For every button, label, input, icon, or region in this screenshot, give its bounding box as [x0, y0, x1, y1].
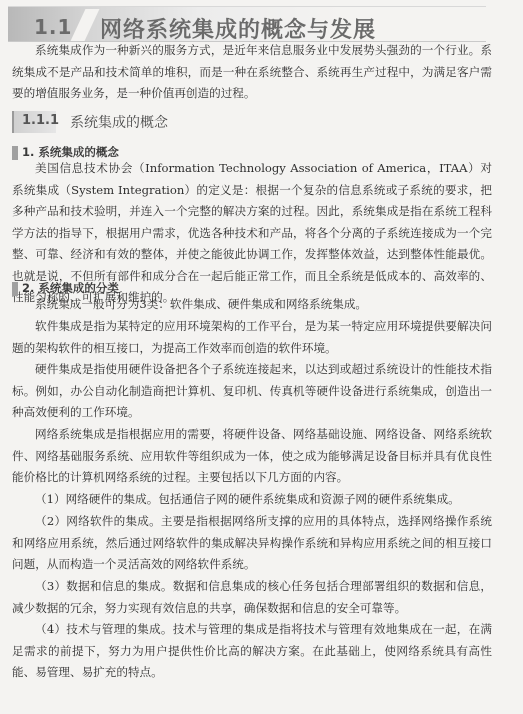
list-item-1: （1）网络硬件的集成。包括通信子网的硬件系统集成和资源子网的硬件系统集成。 — [12, 489, 492, 511]
network-paragraph: 网络系统集成是指根据应用的需要，将硬件设备、网络基础设施、网络设备、网络系统软件… — [12, 424, 492, 489]
chapter-divider — [71, 9, 100, 41]
chapter-number: 1.1 — [34, 15, 72, 39]
section-title: 系统集成的概念 — [70, 112, 168, 132]
section-number: 1.1.1 — [22, 113, 59, 128]
list-item-4: （4）技术与管理的集成。技术与管理的集成是指将技术与管理有效地集成在一起，在满足… — [12, 619, 492, 684]
intro-paragraph: 系统集成作为一种新兴的服务方式，是近年来信息服务业中发展势头强劲的一个行业。系统… — [12, 40, 492, 105]
categories-paragraph: 系统集成一般可分为3类：软件集成、硬件集成和网络系统集成。 — [12, 294, 492, 316]
chapter-heading-bar: 1.1 网络系统集成的概念与发展 — [8, 6, 486, 42]
list-item-2: （2）网络软件的集成。主要是指根据网络所支撑的应用的具体特点，选择网络操作系统和… — [12, 511, 492, 576]
list-item-3: （3）数据和信息的集成。数据和信息集成的核心任务包括合理部署组织的数据和信息，减… — [12, 576, 492, 619]
document-page: 1.1 网络系统集成的概念与发展 系统集成作为一种新兴的服务方式，是近年来信息服… — [0, 0, 523, 714]
hardware-paragraph: 硬件集成是指使用硬件设备把各个子系统连接起来，以达到或超过系统设计的性能技术指标… — [12, 359, 492, 424]
software-paragraph: 软件集成是指为某特定的应用环境架构的工作平台，是为某一特定应用环境提供要解决问题… — [12, 316, 492, 359]
